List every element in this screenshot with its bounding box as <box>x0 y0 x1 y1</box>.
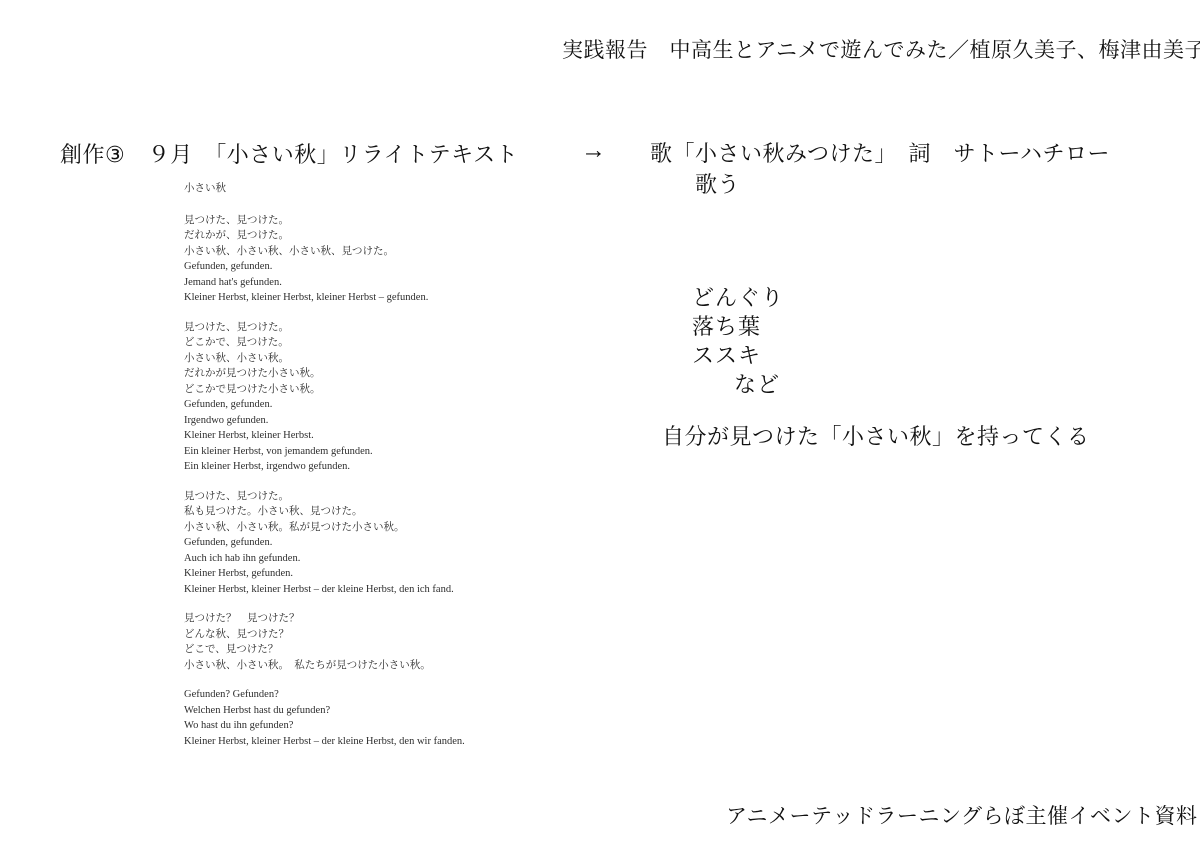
poem-line: Kleiner Herbst, kleiner Herbst, kleiner … <box>184 290 465 306</box>
poem-stanza: 見つけた？ 見つけた？どんな秋、見つけた？どこで、見つけた？小さい秋、小さい秋。… <box>184 611 465 673</box>
poem-line: どこかで見つけた小さい秋。 <box>184 382 465 398</box>
poem-line: Kleiner Herbst, kleiner Herbst – der kle… <box>184 734 465 750</box>
poem-line: Irgendwo gefunden. <box>184 413 465 429</box>
poem-line: Ein kleiner Herbst, irgendwo gefunden. <box>184 459 465 475</box>
poem-line: 見つけた、見つけた。 <box>184 489 465 505</box>
list-item-etc: など <box>692 370 784 399</box>
poem-stanza: 見つけた、見つけた。だれかが、見つけた。小さい秋、小さい秋、小さい秋、見つけた。… <box>184 213 465 306</box>
document-page: 実践報告 中高生とアニメで遊んでみた／植原久美子、梅津由美子 創作③ ９月 「小… <box>0 0 1200 848</box>
event-footer-credit: アニメーテッドラーニングらぼ主催イベント資料 <box>726 800 1198 830</box>
autumn-items-list: どんぐり 落ち葉 ススキ など <box>692 283 784 399</box>
poem-line: Jemand hat's gefunden. <box>184 275 465 291</box>
poem-stanza: Gefunden? Gefunden?Welchen Herbst hast d… <box>184 687 465 749</box>
song-heading: 歌「小さい秋みつけた」 詞 サトーハチロー 歌う <box>650 138 1110 200</box>
poem-line: 小さい秋、小さい秋、小さい秋、見つけた。 <box>184 244 465 260</box>
poem-line: 見つけた？ 見つけた？ <box>184 611 465 627</box>
poem-line: Gefunden, gefunden. <box>184 259 465 275</box>
activity-instruction: 自分が見つけた「小さい秋」を持ってくる <box>662 420 1090 451</box>
list-item: どんぐり <box>692 283 784 312</box>
list-item: ススキ <box>692 341 784 370</box>
report-credit-line: 実践報告 中高生とアニメで遊んでみた／植原久美子、梅津由美子 <box>562 34 1200 64</box>
poem-line: Auch ich hab ihn gefunden. <box>184 551 465 567</box>
poem-line: だれかが、見つけた。 <box>184 228 465 244</box>
poem-line: どんな秋、見つけた？ <box>184 627 465 643</box>
poem-title: 小さい秋 <box>184 181 465 197</box>
arrow-right-icon: → <box>581 136 606 165</box>
section-heading: 創作③ ９月 「小さい秋」リライトテキスト <box>60 138 518 169</box>
poem-line: 小さい秋、小さい秋。 私たちが見つけた小さい秋。 <box>184 658 465 674</box>
poem-line: 見つけた、見つけた。 <box>184 213 465 229</box>
poem-line: 私も見つけた。小さい秋、見つけた。 <box>184 504 465 520</box>
poem-line: Kleiner Herbst, kleiner Herbst – der kle… <box>184 582 465 598</box>
poem-stanza: 見つけた、見つけた。どこかで、見つけた。小さい秋、小さい秋。だれかが見つけた小さ… <box>184 320 465 475</box>
poem-line: 小さい秋、小さい秋。私が見つけた小さい秋。 <box>184 520 465 536</box>
poem-line: 見つけた、見つけた。 <box>184 320 465 336</box>
poem-stanzas: 見つけた、見つけた。だれかが、見つけた。小さい秋、小さい秋、小さい秋、見つけた。… <box>184 213 465 750</box>
poem-line: どこかで、見つけた。 <box>184 335 465 351</box>
song-action-line: 歌う <box>650 169 1110 200</box>
poem-line: Kleiner Herbst, gefunden. <box>184 566 465 582</box>
poem-line: Wo hast du ihn gefunden? <box>184 718 465 734</box>
poem-line: だれかが見つけた小さい秋。 <box>184 366 465 382</box>
song-title-line: 歌「小さい秋みつけた」 詞 サトーハチロー <box>650 138 1110 169</box>
poem-line: 小さい秋、小さい秋。 <box>184 351 465 367</box>
poem-block: 小さい秋 見つけた、見つけた。だれかが、見つけた。小さい秋、小さい秋、小さい秋、… <box>184 181 465 763</box>
poem-line: Gefunden, gefunden. <box>184 535 465 551</box>
poem-line: どこで、見つけた？ <box>184 642 465 658</box>
list-item: 落ち葉 <box>692 312 784 341</box>
poem-line: Welchen Herbst hast du gefunden? <box>184 703 465 719</box>
poem-line: Gefunden? Gefunden? <box>184 687 465 703</box>
poem-line: Gefunden, gefunden. <box>184 397 465 413</box>
poem-line: Kleiner Herbst, kleiner Herbst. <box>184 428 465 444</box>
poem-line: Ein kleiner Herbst, von jemandem gefunde… <box>184 444 465 460</box>
poem-stanza: 見つけた、見つけた。私も見つけた。小さい秋、見つけた。小さい秋、小さい秋。私が見… <box>184 489 465 598</box>
